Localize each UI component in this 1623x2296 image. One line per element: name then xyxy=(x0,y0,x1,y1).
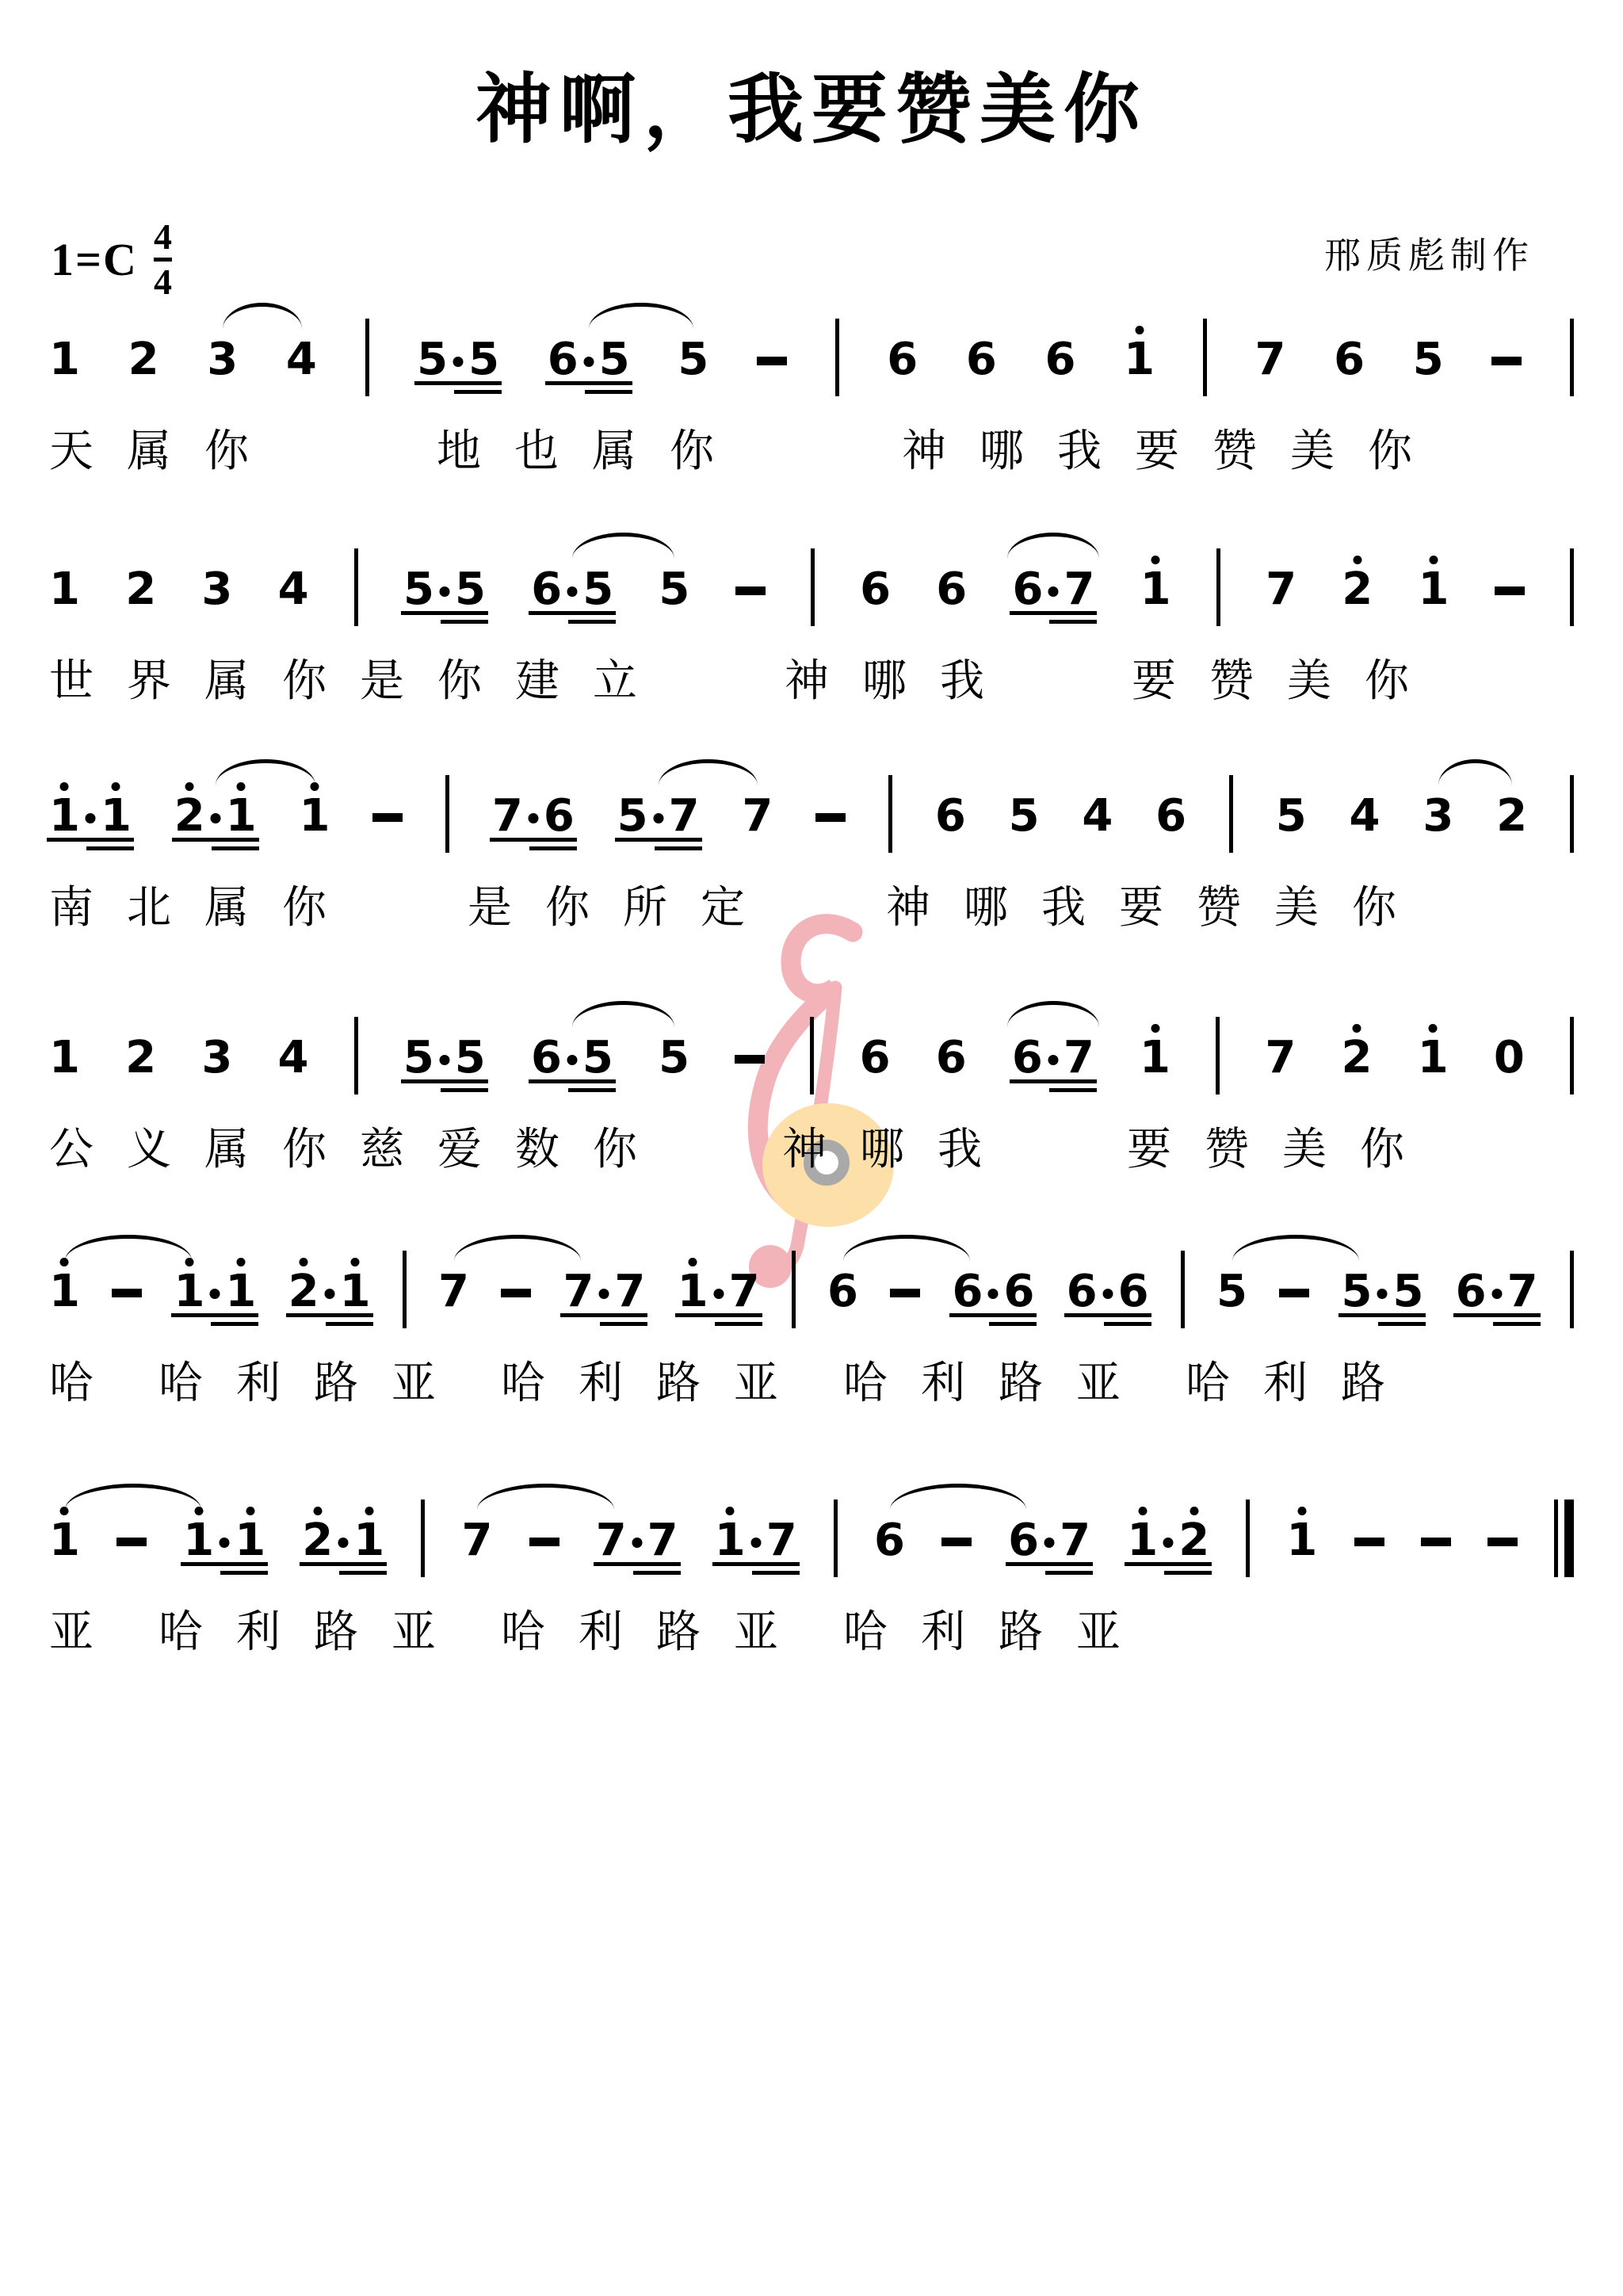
note: 2 xyxy=(302,1517,333,1564)
note: 5 xyxy=(1009,793,1040,840)
note: 6 xyxy=(827,1268,858,1316)
barline xyxy=(1570,775,1574,853)
lyric-char: 属 xyxy=(204,884,249,932)
barline xyxy=(1570,319,1574,396)
note: 1 xyxy=(49,1268,80,1316)
note: 7 xyxy=(766,1517,797,1564)
lyric-char: 要 xyxy=(1127,1126,1171,1174)
note: 2 xyxy=(128,336,159,384)
lyric-char: 也 xyxy=(514,428,559,476)
lyric-char: 属 xyxy=(204,658,249,705)
barline xyxy=(1570,1251,1574,1328)
note: 7 xyxy=(1064,566,1094,613)
note: 6 xyxy=(531,1034,562,1082)
lyric-char: 是 xyxy=(360,658,404,705)
barline xyxy=(421,1499,425,1577)
lyric-char: 慈 xyxy=(360,1126,404,1174)
lyric-gap xyxy=(360,884,468,932)
slur-arc xyxy=(1007,533,1099,559)
beam-group: 17 xyxy=(715,1517,797,1564)
lyric-char: 亚 xyxy=(391,1360,436,1408)
note: 6 xyxy=(860,1034,891,1082)
note: 7 xyxy=(742,793,773,840)
beam-group: 77 xyxy=(596,1517,678,1564)
lyric-char: 你 xyxy=(282,1126,327,1174)
lyric-char: 亚 xyxy=(49,1609,94,1656)
note: 6 xyxy=(1003,1268,1034,1316)
lyric-gap xyxy=(282,428,437,476)
dash-sustain xyxy=(1487,1538,1518,1546)
beam-group: 55 xyxy=(417,336,499,384)
lyric-char: 亚 xyxy=(391,1609,436,1656)
note: 7 xyxy=(461,1517,492,1564)
beam-group: 77 xyxy=(563,1268,645,1316)
note: 5 xyxy=(659,1034,689,1082)
note: 5 xyxy=(1276,793,1307,840)
lyric-char: 界 xyxy=(127,658,171,705)
slur-arc xyxy=(589,303,693,329)
barline xyxy=(811,548,815,626)
lyric-char: 天 xyxy=(49,428,94,476)
lyric-gap xyxy=(1015,1126,1127,1174)
note: 7 xyxy=(492,793,523,840)
notes-row: 1234556556661765 xyxy=(49,336,1574,387)
note: 3 xyxy=(207,336,238,384)
slur-arc xyxy=(65,1235,192,1261)
lyric-char: 你 xyxy=(1365,658,1409,705)
lyric-char: 路 xyxy=(999,1360,1043,1408)
lyric-char: 路 xyxy=(999,1609,1043,1656)
lyric-char: 要 xyxy=(1135,428,1179,476)
lyric-char: 美 xyxy=(1282,1126,1327,1174)
slur-arc xyxy=(1007,1001,1099,1027)
lyric-char: 数 xyxy=(515,1126,559,1174)
slur-arc xyxy=(890,1484,1026,1510)
dot-separator xyxy=(434,1034,455,1082)
note: 7 xyxy=(563,1268,594,1316)
beam-group: 11 xyxy=(174,1268,256,1316)
lyrics-row: 南北属你是你所定神哪我要赞美你 xyxy=(49,884,1396,932)
barline xyxy=(403,1251,407,1328)
note: 7 xyxy=(1266,566,1296,613)
dash-sustain xyxy=(116,1538,147,1546)
lyric-gap xyxy=(811,1360,843,1408)
lyric-char: 哈 xyxy=(49,1360,94,1408)
lyric-char: 亚 xyxy=(1076,1360,1121,1408)
credit-text: 邢质彪制作 xyxy=(1324,227,1534,279)
dash-sustain xyxy=(890,1289,920,1297)
note: 6 xyxy=(548,336,579,384)
barline xyxy=(1216,1017,1220,1095)
lyrics-row: 哈哈利路亚哈利路亚哈利路亚哈利路 xyxy=(49,1360,1262,1408)
dash-sustain xyxy=(501,1289,531,1297)
note: 5 xyxy=(599,336,630,384)
notes-row: 123455655666717210 xyxy=(49,1034,1574,1085)
note: 6 xyxy=(1012,1034,1043,1082)
beam-group: 55 xyxy=(1341,1268,1423,1316)
lyric-char: 路 xyxy=(656,1360,701,1408)
time-signature: 4 4 xyxy=(154,219,172,300)
note: 7 xyxy=(647,1517,678,1564)
dot-separator xyxy=(205,793,226,840)
music-line: 112117657765465432 南北属你是你所定神哪我要赞美你 xyxy=(49,793,1574,932)
beam-group: 65 xyxy=(531,566,613,613)
beam-group: 66 xyxy=(952,1268,1034,1316)
lyric-char: 赞 xyxy=(1212,428,1257,476)
key-label: 1=C xyxy=(51,233,138,286)
note: 7 xyxy=(596,1517,627,1564)
lyric-char: 哈 xyxy=(501,1360,545,1408)
beam-group: 76 xyxy=(492,793,575,840)
beam-group: 55 xyxy=(403,566,486,613)
lyric-char: 定 xyxy=(701,884,745,932)
lyrics-row: 世界属你是你建立神哪我要赞美你 xyxy=(49,658,1409,705)
lyric-gap xyxy=(747,428,902,476)
note: 1 xyxy=(183,1517,214,1564)
music-line: 1234556556661765 天属你地也属你神哪我要赞美你 xyxy=(49,336,1574,476)
slur-arc xyxy=(572,533,674,559)
beam-group: 67 xyxy=(1008,1517,1090,1564)
note: 1 xyxy=(353,1517,384,1564)
note: 6 xyxy=(544,793,575,840)
slur-arc xyxy=(572,1001,674,1027)
sheet-music-page: 神啊，我要赞美你 1=C 4 4 邢质彪制作 1234556556661765 … xyxy=(0,0,1623,2296)
note: 5 xyxy=(582,1034,613,1082)
lyric-char: 神 xyxy=(886,884,930,932)
note: 5 xyxy=(678,336,708,384)
beam-group: 67 xyxy=(1012,566,1094,613)
lyric-char: 属 xyxy=(204,1126,249,1174)
note: 1 xyxy=(225,1268,256,1316)
barline xyxy=(354,1017,358,1095)
beam-group: 21 xyxy=(174,793,257,840)
beam-group: 12 xyxy=(1127,1517,1209,1564)
note: 1 xyxy=(49,793,80,840)
dot-separator xyxy=(579,336,599,384)
note: 2 xyxy=(1496,793,1527,840)
lyric-char: 所 xyxy=(623,884,667,932)
music-line: 1112177717667121 亚哈利路亚哈利路亚哈利路亚 xyxy=(49,1517,1574,1656)
lyric-char: 属 xyxy=(592,428,636,476)
lyric-char: 立 xyxy=(593,658,637,705)
dot-separator xyxy=(523,793,544,840)
note: 1 xyxy=(101,793,132,840)
lyric-char: 我 xyxy=(1057,428,1102,476)
slur-arc xyxy=(1232,1235,1359,1261)
note: 1 xyxy=(49,1034,80,1082)
note: 5 xyxy=(403,566,434,613)
lyric-gap xyxy=(1018,658,1132,705)
note: 3 xyxy=(1423,793,1453,840)
lyric-char: 你 xyxy=(204,428,249,476)
dot-separator xyxy=(648,793,669,840)
beam-group: 17 xyxy=(678,1268,760,1316)
slur-arc xyxy=(659,759,758,785)
lyric-char: 义 xyxy=(127,1126,171,1174)
note: 1 xyxy=(49,566,80,613)
dash-sustain xyxy=(529,1538,559,1546)
lyric-char: 建 xyxy=(515,658,559,705)
meter-denominator: 4 xyxy=(154,258,172,300)
note: 7 xyxy=(1265,1034,1296,1082)
lyric-char: 哪 xyxy=(964,884,1008,932)
music-line: 12345565566671721 世界属你是你建立神哪我要赞美你 xyxy=(49,566,1574,705)
note: 6 xyxy=(887,336,918,384)
lyric-char: 哈 xyxy=(158,1360,203,1408)
music-line: 123455655666717210 公义属你慈爱数你神哪我要赞美你 xyxy=(49,1034,1574,1174)
lyric-char: 路 xyxy=(656,1609,701,1656)
lyric-char: 哈 xyxy=(501,1609,545,1656)
lyric-char: 你 xyxy=(282,658,327,705)
final-barline xyxy=(1554,1499,1574,1577)
note: 6 xyxy=(936,1034,967,1082)
note: 5 xyxy=(659,566,689,613)
dot-separator xyxy=(562,1034,582,1082)
dot-separator xyxy=(1098,1268,1118,1316)
note: 6 xyxy=(936,566,967,613)
beam-group: 21 xyxy=(302,1517,384,1564)
note: 1 xyxy=(226,793,257,840)
lyric-char: 哈 xyxy=(158,1609,203,1656)
note: 6 xyxy=(1155,793,1186,840)
note: 7 xyxy=(1507,1268,1538,1316)
dash-sustain xyxy=(1279,1289,1309,1297)
lyric-char: 你 xyxy=(593,1126,637,1174)
note: 5 xyxy=(617,793,648,840)
barline xyxy=(792,1251,796,1328)
lyric-char: 路 xyxy=(314,1360,358,1408)
barline xyxy=(1216,548,1220,626)
slur-arc xyxy=(223,303,302,329)
note: 6 xyxy=(1334,336,1365,384)
lyric-char: 美 xyxy=(1290,428,1335,476)
lyric-char: 神 xyxy=(902,428,946,476)
lyric-char: 你 xyxy=(670,428,714,476)
note: 1 xyxy=(340,1268,371,1316)
note: 5 xyxy=(1341,1268,1372,1316)
note: 1 xyxy=(1286,1517,1317,1564)
note: 7 xyxy=(1064,1034,1094,1082)
note: 2 xyxy=(1342,566,1373,613)
lyric-gap xyxy=(1154,1360,1186,1408)
lyric-char: 利 xyxy=(579,1609,623,1656)
barline xyxy=(835,319,839,396)
note: 2 xyxy=(125,566,156,613)
lyric-char: 你 xyxy=(282,884,327,932)
dash-sustain xyxy=(735,586,766,595)
note: 6 xyxy=(966,336,997,384)
note: 5 xyxy=(1392,1268,1423,1316)
note: 1 xyxy=(300,793,330,840)
note: 1 xyxy=(678,1268,708,1316)
barline xyxy=(1246,1499,1250,1577)
note: 5 xyxy=(582,566,613,613)
lyric-char: 哪 xyxy=(862,658,907,705)
dash-sustain xyxy=(1491,357,1522,365)
dot-separator xyxy=(562,566,582,613)
slur-arc xyxy=(216,759,315,785)
beam-group: 11 xyxy=(49,793,132,840)
lyric-char: 路 xyxy=(1341,1360,1385,1408)
dash-sustain xyxy=(735,1055,765,1064)
dot-separator xyxy=(708,1268,729,1316)
lyric-gap xyxy=(127,1609,158,1656)
note: 1 xyxy=(1140,566,1171,613)
note: 7 xyxy=(1254,336,1285,384)
dot-separator xyxy=(983,1268,1003,1316)
lyric-gap xyxy=(670,658,785,705)
note: 6 xyxy=(874,1517,905,1564)
beam-group: 57 xyxy=(617,793,700,840)
rest: 0 xyxy=(1494,1034,1525,1082)
slur-arc xyxy=(65,1484,201,1510)
note: 5 xyxy=(468,336,499,384)
note: 5 xyxy=(1216,1268,1247,1316)
dash-sustain xyxy=(112,1289,142,1297)
lyric-char: 亚 xyxy=(734,1360,778,1408)
lyric-char: 北 xyxy=(127,884,171,932)
lyric-char: 利 xyxy=(236,1360,281,1408)
note: 6 xyxy=(952,1268,983,1316)
lyric-char: 神 xyxy=(782,1126,827,1174)
beam-group: 67 xyxy=(1012,1034,1094,1082)
page-title: 神啊，我要赞美你 xyxy=(0,49,1623,158)
dot-separator xyxy=(448,336,468,384)
note: 2 xyxy=(1342,1034,1373,1082)
lyric-char: 美 xyxy=(1287,658,1331,705)
lyric-char: 我 xyxy=(938,1126,982,1174)
note: 6 xyxy=(1012,566,1043,613)
note: 6 xyxy=(1045,336,1076,384)
dash-sustain xyxy=(1495,586,1525,595)
barline xyxy=(1181,1251,1185,1328)
note: 1 xyxy=(49,1517,80,1564)
lyric-char: 是 xyxy=(468,884,512,932)
note: 5 xyxy=(417,336,448,384)
lyric-char: 利 xyxy=(921,1609,965,1656)
lyric-char: 利 xyxy=(921,1360,965,1408)
notes-row: 12345565566671721 xyxy=(49,566,1574,617)
note: 6 xyxy=(860,566,891,613)
beam-group: 66 xyxy=(1067,1268,1149,1316)
note: 1 xyxy=(1124,336,1155,384)
lyric-char: 利 xyxy=(1263,1360,1308,1408)
dash-sustain xyxy=(757,357,787,365)
dash-sustain xyxy=(1421,1538,1451,1546)
lyric-gap xyxy=(670,1126,782,1174)
barline xyxy=(1570,548,1574,626)
note: 3 xyxy=(201,566,232,613)
note: 7 xyxy=(669,793,700,840)
dot-separator xyxy=(594,1268,614,1316)
lyric-char: 属 xyxy=(127,428,171,476)
note: 5 xyxy=(455,1034,486,1082)
lyric-char: 要 xyxy=(1119,884,1163,932)
lyric-char: 赞 xyxy=(1197,884,1241,932)
dash-sustain xyxy=(941,1538,972,1546)
meter-numerator: 4 xyxy=(154,219,172,255)
note: 1 xyxy=(49,336,80,384)
lyric-char: 哈 xyxy=(1186,1360,1230,1408)
barline xyxy=(1229,775,1233,853)
lyric-char: 哪 xyxy=(860,1126,904,1174)
slur-arc xyxy=(477,1484,614,1510)
lyric-char: 公 xyxy=(49,1126,94,1174)
lyric-char: 我 xyxy=(940,658,984,705)
note: 3 xyxy=(201,1034,232,1082)
lyric-char: 你 xyxy=(1352,884,1396,932)
dot-separator xyxy=(1043,1034,1064,1082)
note: 1 xyxy=(1418,1034,1449,1082)
note: 6 xyxy=(935,793,966,840)
barline xyxy=(834,1499,838,1577)
dot-separator xyxy=(1039,1517,1060,1564)
dot-separator xyxy=(746,1517,766,1564)
note: 6 xyxy=(1118,1268,1149,1316)
note: 6 xyxy=(531,566,562,613)
note: 4 xyxy=(1350,793,1381,840)
barline xyxy=(445,775,449,853)
dot-separator xyxy=(204,1268,225,1316)
lyric-gap xyxy=(469,1609,501,1656)
lyric-gap xyxy=(778,884,886,932)
lyric-char: 赞 xyxy=(1209,658,1254,705)
lyric-gap xyxy=(469,1360,501,1408)
lyric-char: 要 xyxy=(1132,658,1176,705)
note: 6 xyxy=(1456,1268,1487,1316)
note: 7 xyxy=(1060,1517,1090,1564)
dash-sustain xyxy=(815,813,846,822)
note: 2 xyxy=(288,1268,319,1316)
dot-separator xyxy=(627,1517,647,1564)
slur-arc xyxy=(454,1235,581,1261)
dot-separator xyxy=(1372,1268,1392,1316)
lyric-char: 亚 xyxy=(734,1609,778,1656)
barline xyxy=(1570,1017,1574,1095)
note: 4 xyxy=(278,566,309,613)
lyric-char: 世 xyxy=(49,658,94,705)
note: 6 xyxy=(1008,1517,1039,1564)
lyric-char: 哈 xyxy=(843,1360,888,1408)
note: 1 xyxy=(1127,1517,1158,1564)
lyric-char: 哈 xyxy=(843,1609,888,1656)
lyrics-row: 公义属你慈爱数你神哪我要赞美你 xyxy=(49,1126,1404,1174)
barline xyxy=(365,319,369,396)
barline xyxy=(810,1017,814,1095)
dash-sustain xyxy=(372,813,403,822)
lyrics-row: 天属你地也属你神哪我要赞美你 xyxy=(49,428,1412,476)
note: 2 xyxy=(1178,1517,1209,1564)
notes-row: 11121777176666655567 xyxy=(49,1268,1574,1319)
lyric-char: 你 xyxy=(1368,428,1412,476)
lyric-char: 亚 xyxy=(1076,1609,1121,1656)
note: 1 xyxy=(174,1268,204,1316)
lyric-char: 地 xyxy=(437,428,481,476)
note: 4 xyxy=(286,336,317,384)
note: 7 xyxy=(729,1268,760,1316)
beam-group: 55 xyxy=(403,1034,486,1082)
lyric-char: 利 xyxy=(236,1609,281,1656)
beam-group: 67 xyxy=(1456,1268,1538,1316)
note: 5 xyxy=(1413,336,1444,384)
dot-separator xyxy=(333,1517,353,1564)
note: 1 xyxy=(1140,1034,1170,1082)
slur-arc xyxy=(1438,759,1512,785)
music-line: 11121777176666655567 哈哈利路亚哈利路亚哈利路亚哈利路 xyxy=(49,1268,1574,1408)
dot-separator xyxy=(1487,1268,1507,1316)
dot-separator xyxy=(319,1268,340,1316)
beam-group: 21 xyxy=(288,1268,371,1316)
